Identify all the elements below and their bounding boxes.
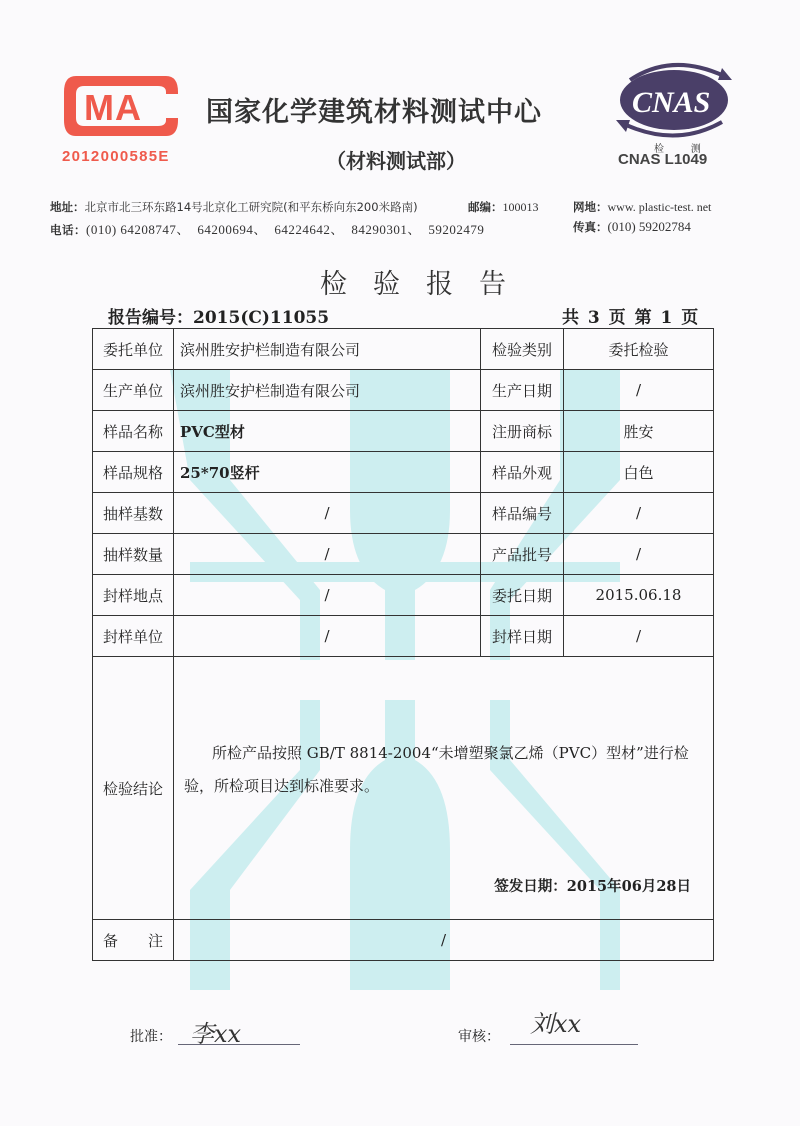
remark-value: / xyxy=(174,920,714,961)
cma-logo: MA xyxy=(62,72,180,140)
table-row: 生产单位 滨州胜安护栏制造有限公司 生产日期 / xyxy=(93,370,714,411)
table-row: 委托单位 滨州胜安护栏制造有限公司 检验类别 委托检验 xyxy=(93,329,714,370)
phones: (010) 64208747、 64200694、 64224642、 8429… xyxy=(86,222,484,237)
row-value: / xyxy=(174,575,481,616)
row-label: 样品规格 xyxy=(93,452,174,493)
row-label: 抽样数量 xyxy=(93,534,174,575)
conclusion-row: 检验结论 所检产品按照 GB/T 8814-2004“未增塑聚氯乙烯（PVC）型… xyxy=(93,657,714,920)
table-row: 抽样基数 / 样品编号 / xyxy=(93,493,714,534)
table-row: 抽样数量 / 产品批号 / xyxy=(93,534,714,575)
postcode-label: 邮编： xyxy=(468,200,503,214)
postcode: 100013 xyxy=(503,200,539,214)
row-label: 抽样基数 xyxy=(93,493,174,534)
row-label2: 产品批号 xyxy=(481,534,564,575)
conclusion-text: 所检产品按照 GB/T 8814-2004“未增塑聚氯乙烯（PVC）型材”进行检… xyxy=(184,737,704,803)
address-line: 地址：北京市北三环东路14号北京化工研究院(和平东桥向东200米路南) xyxy=(50,199,418,215)
postcode-line: 邮编：100013 xyxy=(468,199,539,215)
row-value2: / xyxy=(564,616,714,657)
org-department: （材料测试部） xyxy=(326,145,466,174)
phone-line: 电话：(010) 64208747、 64200694、 64224642、 8… xyxy=(50,219,484,238)
table-row: 样品名称 PVC型材 注册商标 胜安 xyxy=(93,411,714,452)
table-row: 样品规格 25*70竖杆 样品外观 白色 xyxy=(93,452,714,493)
row-value2: / xyxy=(564,493,714,534)
row-label2: 样品外观 xyxy=(481,452,564,493)
row-value2: 胜安 xyxy=(564,411,714,452)
row-value: 25*70竖杆 xyxy=(174,452,481,493)
website-line: 网地：www. plastic-test. net xyxy=(573,199,711,215)
fax-line: 传真：(010) 59202784 xyxy=(573,219,691,235)
document-title: 检验报告 xyxy=(0,262,800,301)
report-no-label: 报告编号： xyxy=(108,308,193,328)
row-value: 滨州胜安护栏制造有限公司 xyxy=(174,370,481,411)
row-label2: 注册商标 xyxy=(481,411,564,452)
fax-label: 传真： xyxy=(573,220,608,234)
cma-number: 2012000585E xyxy=(62,148,170,165)
row-label2: 生产日期 xyxy=(481,370,564,411)
row-value2: 白色 xyxy=(564,452,714,493)
website-label: 网地： xyxy=(573,200,608,214)
approve-label: 批准： xyxy=(130,1026,172,1046)
svg-text:CNAS: CNAS xyxy=(632,86,710,119)
cnas-logo: CNAS xyxy=(612,58,742,148)
row-label2: 样品编号 xyxy=(481,493,564,534)
address: 北京市北三环东路14号北京化工研究院(和平东桥向东200米路南) xyxy=(85,200,418,214)
row-value: / xyxy=(174,534,481,575)
row-value: / xyxy=(174,493,481,534)
row-value: PVC型材 xyxy=(174,411,481,452)
row-label: 封样地点 xyxy=(93,575,174,616)
row-label: 生产单位 xyxy=(93,370,174,411)
row-label: 封样单位 xyxy=(93,616,174,657)
row-label: 样品名称 xyxy=(93,411,174,452)
row-label2: 委托日期 xyxy=(481,575,564,616)
address-label: 地址： xyxy=(50,200,85,214)
row-value2: 委托检验 xyxy=(564,329,714,370)
table-row: 封样单位 / 封样日期 / xyxy=(93,616,714,657)
org-name: 国家化学建筑材料测试中心 xyxy=(206,90,542,129)
row-label2: 检验类别 xyxy=(481,329,564,370)
website-link[interactable]: www. plastic-test. net xyxy=(608,200,712,214)
row-value2: 2015.06.18 xyxy=(564,575,714,616)
row-value2: / xyxy=(564,534,714,575)
report-number: 报告编号：2015(C)11055 xyxy=(108,303,329,328)
review-signature: 刘xx xyxy=(530,1004,581,1039)
row-label: 委托单位 xyxy=(93,329,174,370)
row-label2: 封样日期 xyxy=(481,616,564,657)
fax: (010) 59202784 xyxy=(608,219,691,234)
conclusion-label: 检验结论 xyxy=(93,657,174,920)
table-row: 封样地点 / 委托日期 2015.06.18 xyxy=(93,575,714,616)
cnas-id: CNAS L1049 xyxy=(618,151,707,168)
conclusion-cell: 所检产品按照 GB/T 8814-2004“未增塑聚氯乙烯（PVC）型材”进行检… xyxy=(174,657,714,920)
review-signature-line xyxy=(510,1043,638,1045)
phone-label: 电话： xyxy=(50,223,86,237)
report-no-value: 2015(C)11055 xyxy=(193,308,329,328)
page-info: 共 3 页 第 1 页 xyxy=(562,303,698,328)
svg-text:MA: MA xyxy=(84,87,142,128)
row-value2: / xyxy=(564,370,714,411)
remark-row: 备 注 / xyxy=(93,920,714,961)
approve-signature-line xyxy=(178,1043,300,1045)
remark-label: 备 注 xyxy=(93,920,174,961)
row-value: / xyxy=(174,616,481,657)
issue-date: 签发日期：2015年06月28日 xyxy=(494,875,691,896)
review-label: 审核： xyxy=(458,1026,500,1046)
row-value: 滨州胜安护栏制造有限公司 xyxy=(174,329,481,370)
report-table: 委托单位 滨州胜安护栏制造有限公司 检验类别 委托检验 生产单位 滨州胜安护栏制… xyxy=(92,328,714,961)
